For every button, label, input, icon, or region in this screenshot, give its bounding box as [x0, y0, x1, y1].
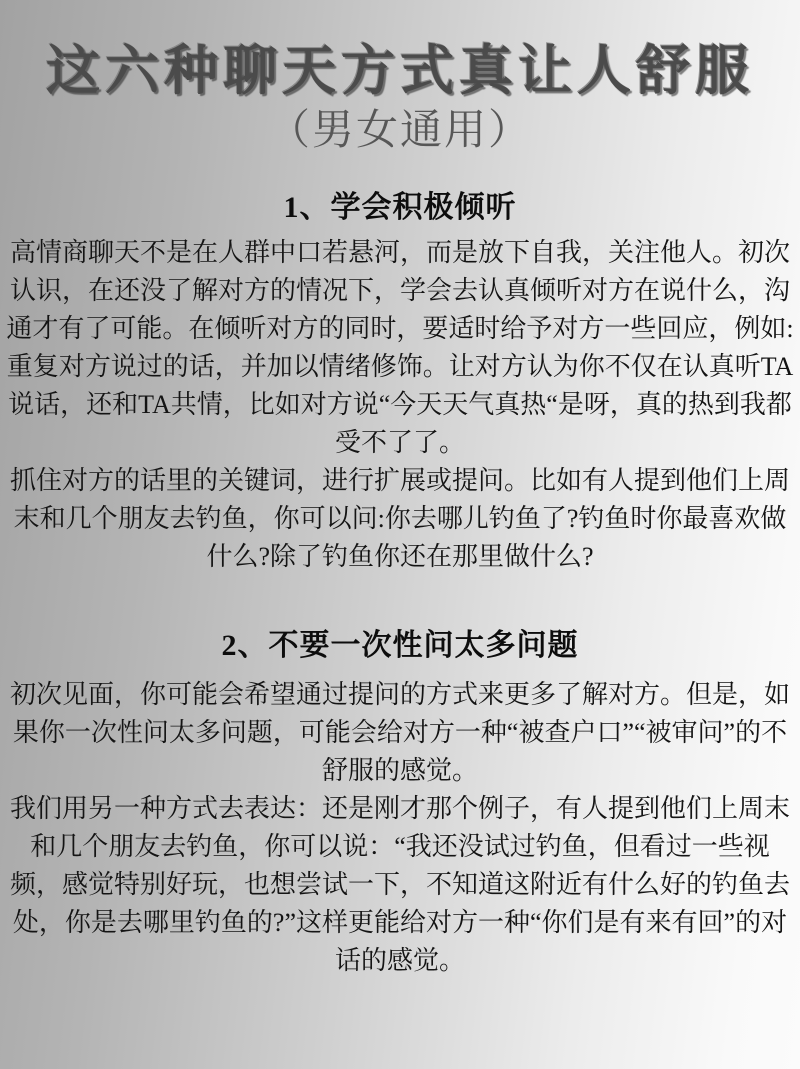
poster-title: 这六种聊天方式真让人舒服	[10, 40, 790, 102]
section-too-many-questions: 2、不要一次性问太多问题 初次见面，你可能会希望通过提问的方式来更多了解对方。但…	[0, 628, 800, 980]
paragraph: 抓住对方的话里的关键词，进行扩展或提问。比如有人提到他们上周末和几个朋友去钓鱼，…	[0, 462, 800, 576]
paragraph: 高情商聊天不是在人群中口若悬河，而是放下自我，关注他人。初次认识，在还没了解对方…	[0, 234, 800, 348]
poster-subtitle: （男女通用）	[0, 106, 800, 156]
paragraph: 我们用另一种方式去表达：还是刚才那个例子，有人提到他们上周末和几个朋友去钓鱼，你…	[0, 790, 800, 980]
paragraph: 重复对方说过的话，并加以情绪修饰。让对方认为你不仅在认真听TA说话，还和TA共情…	[0, 348, 800, 462]
section-heading-2: 2、不要一次性问太多问题	[0, 628, 800, 664]
text-poster: 这六种聊天方式真让人舒服 （男女通用） 1、学会积极倾听 高情商聊天不是在人群中…	[0, 0, 800, 1069]
paragraph: 初次见面，你可能会希望通过提问的方式来更多了解对方。但是，如果你一次性问太多问题…	[0, 676, 800, 790]
section-active-listening: 1、学会积极倾听 高情商聊天不是在人群中口若悬河，而是放下自我，关注他人。初次认…	[0, 190, 800, 576]
section-heading-1: 1、学会积极倾听	[0, 190, 800, 226]
